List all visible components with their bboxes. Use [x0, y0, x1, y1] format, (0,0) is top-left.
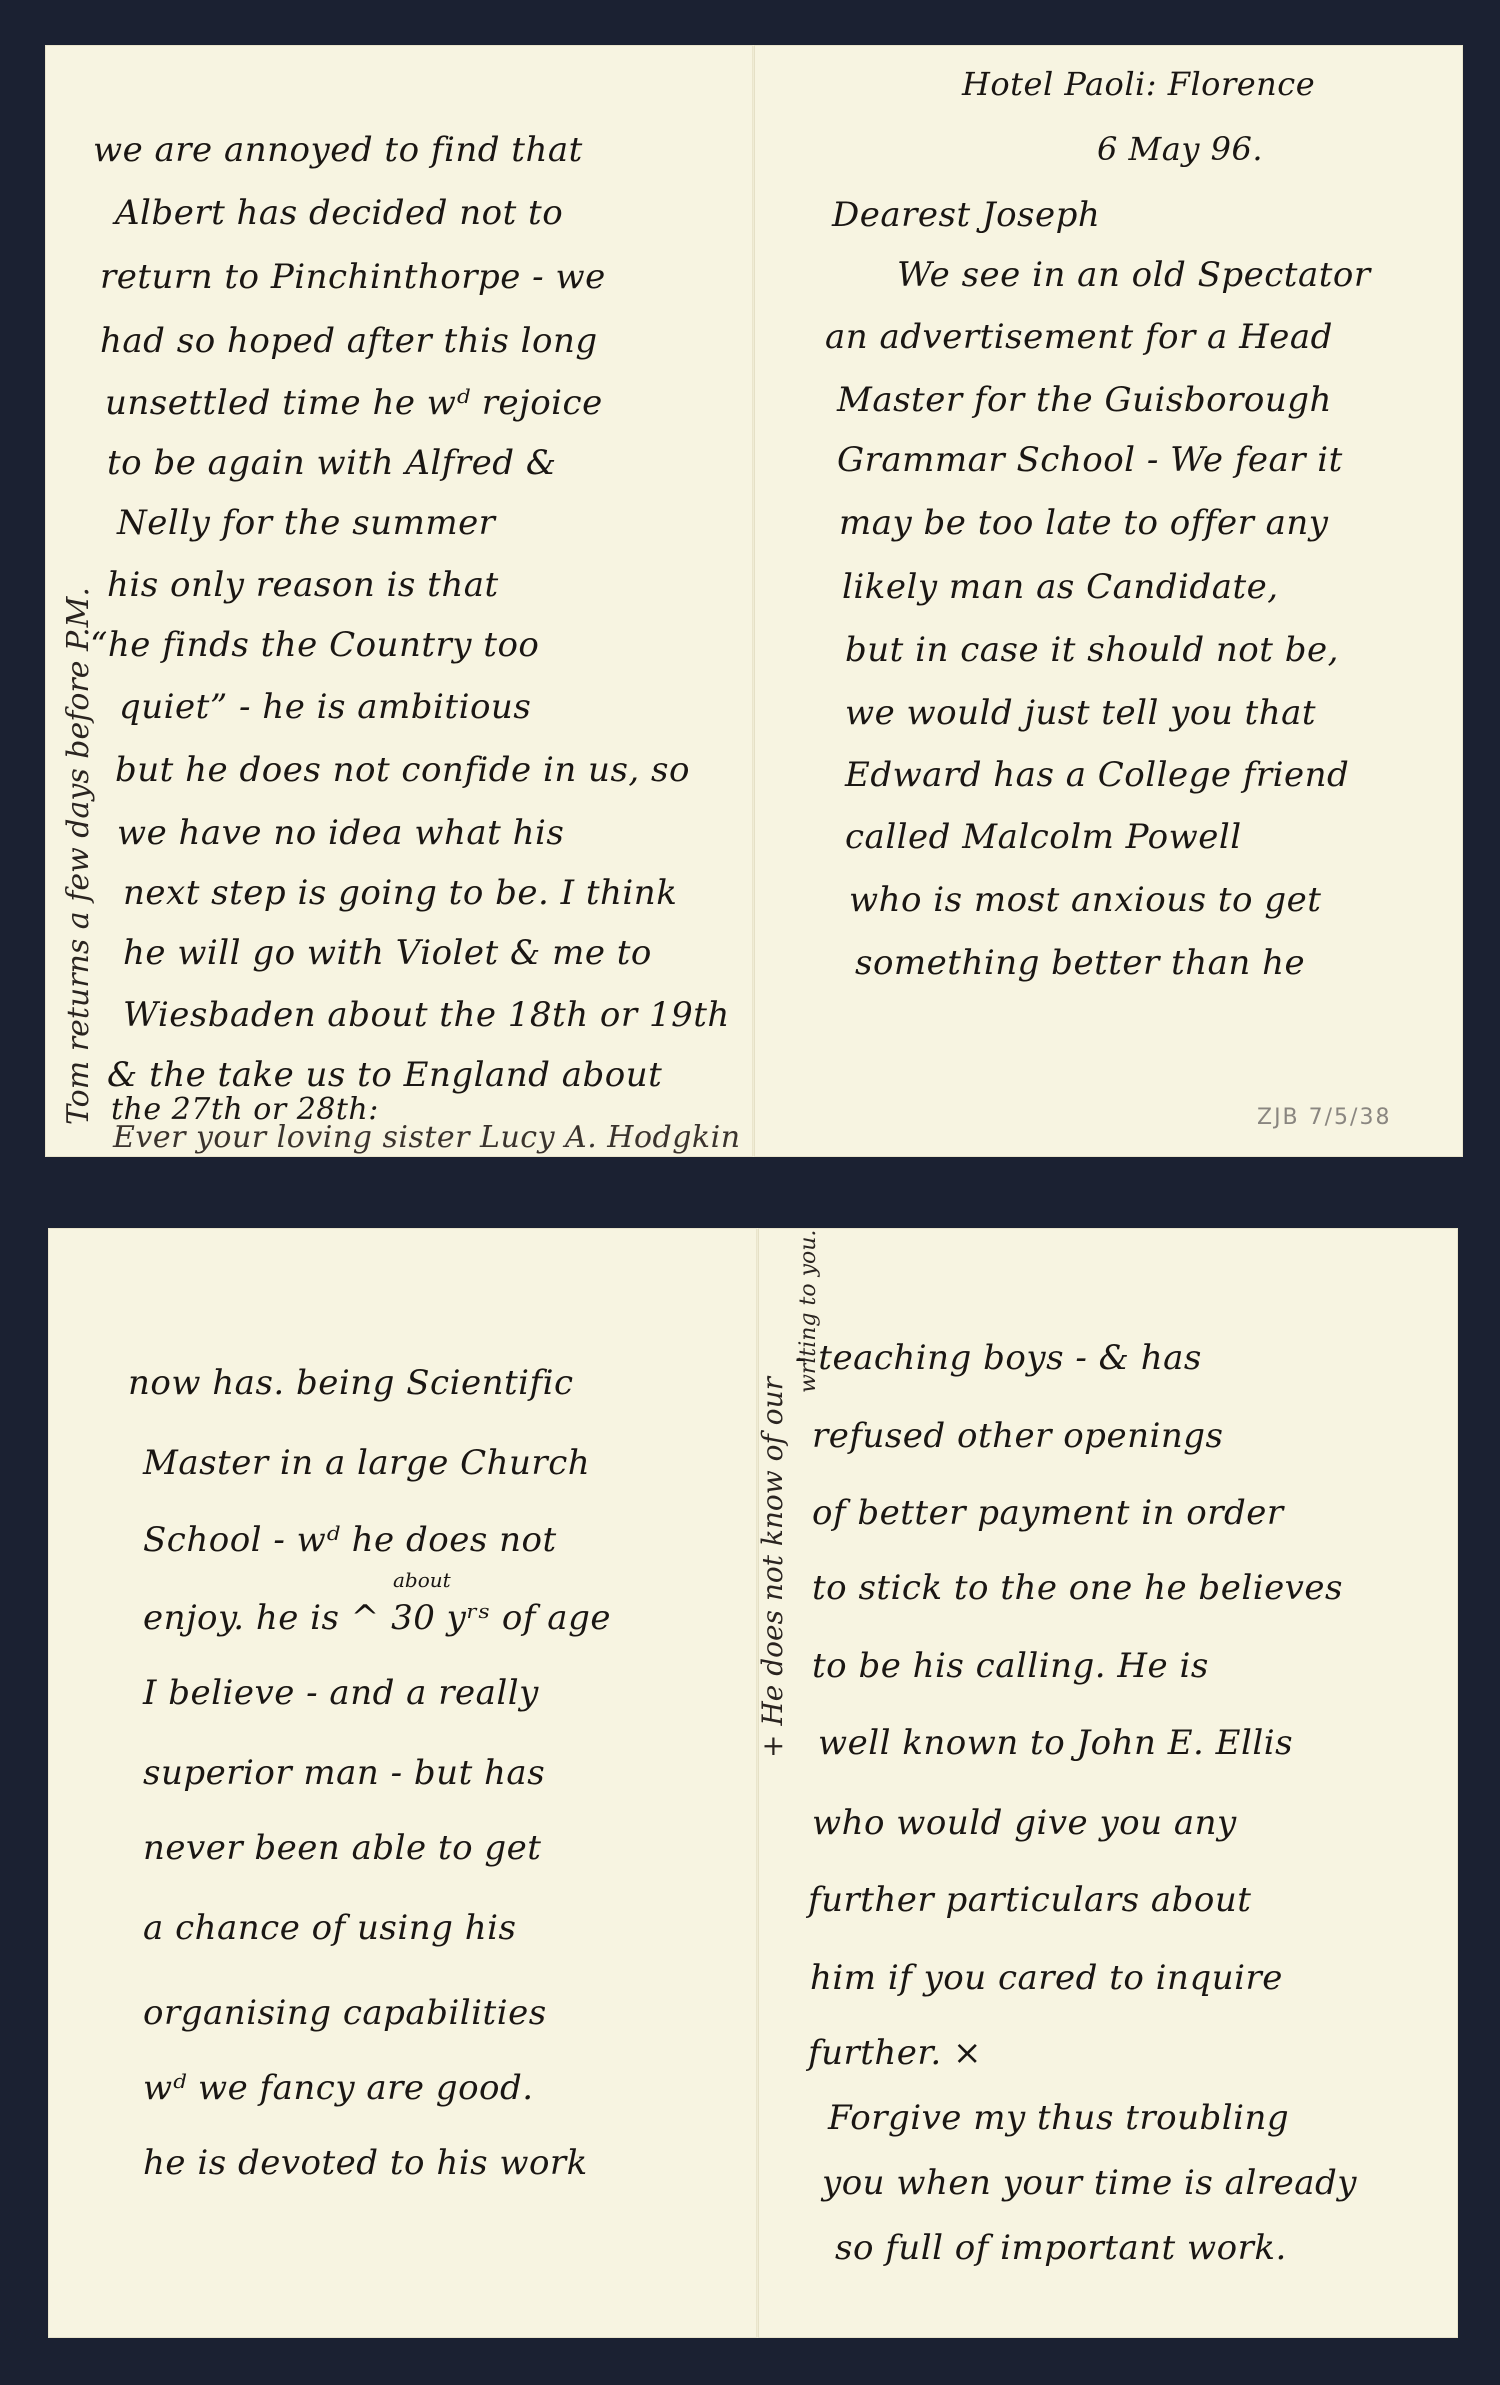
- letter-line: he will go with Violet & me to: [123, 933, 652, 973]
- letter-line: Master in a large Church: [143, 1443, 590, 1483]
- letter-line: wᵈ we fancy are good.: [143, 2068, 534, 2108]
- letter-line: Albert has decided not to: [115, 193, 563, 233]
- letter-line: “he finds the Country too: [90, 625, 539, 665]
- letter-line: may be too late to offer any: [839, 503, 1329, 543]
- letter-line: School - wᵈ he does not: [143, 1520, 557, 1560]
- letter-line: we are annoyed to find that: [93, 130, 583, 170]
- letter-line: return to Pinchinthorpe - we: [100, 257, 606, 297]
- letter-line: We see in an old Spectator: [897, 255, 1371, 295]
- letter-line: to be again with Alfred &: [107, 443, 557, 483]
- letter-line: Grammar School - We fear it: [837, 440, 1343, 480]
- letter-date: 6 May 96.: [1097, 130, 1263, 168]
- letter-line: likely man as Candidate,: [842, 567, 1279, 607]
- letter-sheet-top: we are annoyed to find that Albert has d…: [45, 45, 1463, 1157]
- letter-line: he is devoted to his work: [143, 2143, 588, 2183]
- page-1-right: Hotel Paoli: Florence 6 May 96. Dearest …: [757, 45, 1463, 1157]
- letter-line: Edward has a College friend: [845, 755, 1349, 795]
- letter-line: refused other openings: [812, 1416, 1223, 1456]
- letter-line: quiet” - he is ambitious: [119, 687, 531, 727]
- margin-note-vertical-continued: writing to you.: [796, 1230, 821, 1393]
- letter-line: well known to John E. Ellis: [818, 1723, 1293, 1763]
- letter-line: we would just tell you that: [845, 693, 1316, 733]
- letter-line: Master for the Guisborough: [837, 380, 1332, 420]
- letter-line: called Malcolm Powell: [845, 817, 1242, 857]
- letter-line: - teaching boys - & has: [795, 1338, 1202, 1378]
- closing-signature: Ever your loving sister Lucy A. Hodgkin: [113, 1120, 741, 1155]
- letter-line: further. ×: [808, 2033, 982, 2073]
- margin-note-text: writing to you.: [796, 1230, 821, 1393]
- letter-line: we have no idea what his: [117, 813, 564, 853]
- letter-line: I believe - and a really: [143, 1673, 539, 1713]
- letter-line: him if you cared to inquire: [810, 1958, 1283, 1998]
- letter-line: Wiesbaden about the 18th or 19th: [123, 995, 730, 1035]
- letter-line: next step is going to be. I think: [123, 873, 677, 913]
- letter-line: a chance of using his: [143, 1908, 516, 1948]
- margin-note-text: Tom returns a few days before P.M.: [61, 587, 96, 1125]
- letter-line: something better than he: [855, 943, 1305, 983]
- letter-line: so full of important work.: [835, 2228, 1287, 2268]
- letter-line: now has. being Scientific: [128, 1363, 574, 1403]
- letter-line: enjoy. he is ^ 30 yʳˢ of age: [143, 1598, 611, 1638]
- letter-line: of better payment in order: [812, 1493, 1284, 1533]
- letter-line: an advertisement for a Head: [825, 317, 1333, 357]
- letter-line: Forgive my thus troubling: [828, 2098, 1289, 2138]
- margin-note-vertical: Tom returns a few days before P.M.: [61, 587, 96, 1125]
- page-3-right: - teaching boys - & has refused other op…: [760, 1228, 1458, 2338]
- page-2-left: now has. being Scientific Master in a la…: [48, 1228, 753, 2338]
- page-fold: [752, 45, 755, 1157]
- letter-line: who would give you any: [812, 1803, 1237, 1843]
- letter-line: never been able to get: [143, 1828, 541, 1868]
- letter-line: but he does not confide in us, so: [115, 750, 690, 790]
- page-4-left: we are annoyed to find that Albert has d…: [45, 45, 750, 1157]
- letter-line: superior man - but has: [143, 1753, 545, 1793]
- letter-line: but in case it should not be,: [845, 630, 1339, 670]
- salutation: Dearest Joseph: [832, 195, 1100, 235]
- letter-line: to be his calling. He is: [812, 1646, 1209, 1686]
- letter-line: further particulars about: [808, 1880, 1251, 1920]
- insertion-above: about: [393, 1568, 451, 1592]
- letter-line: organising capabilities: [143, 1993, 547, 2033]
- letter-line: had so hoped after this long: [100, 321, 598, 361]
- letter-line: his only reason is that: [107, 565, 499, 605]
- letter-line: who is most anxious to get: [849, 880, 1321, 920]
- letter-line: to stick to the one he believes: [812, 1568, 1343, 1608]
- margin-note-text: + He does not know of our: [756, 1377, 789, 1758]
- letter-sheet-bottom: now has. being Scientific Master in a la…: [48, 1228, 1458, 2338]
- letter-line: Nelly for the summer: [117, 503, 495, 543]
- letter-line: & the take us to England about: [107, 1055, 662, 1095]
- archive-stamp: ZJB 7/5/38: [1257, 1105, 1391, 1130]
- letterhead-address: Hotel Paoli: Florence: [962, 65, 1315, 103]
- margin-note-vertical: + He does not know of our: [756, 1377, 789, 1758]
- letter-line: you when your time is already: [822, 2163, 1357, 2203]
- letter-line: unsettled time he wᵈ rejoice: [105, 383, 603, 423]
